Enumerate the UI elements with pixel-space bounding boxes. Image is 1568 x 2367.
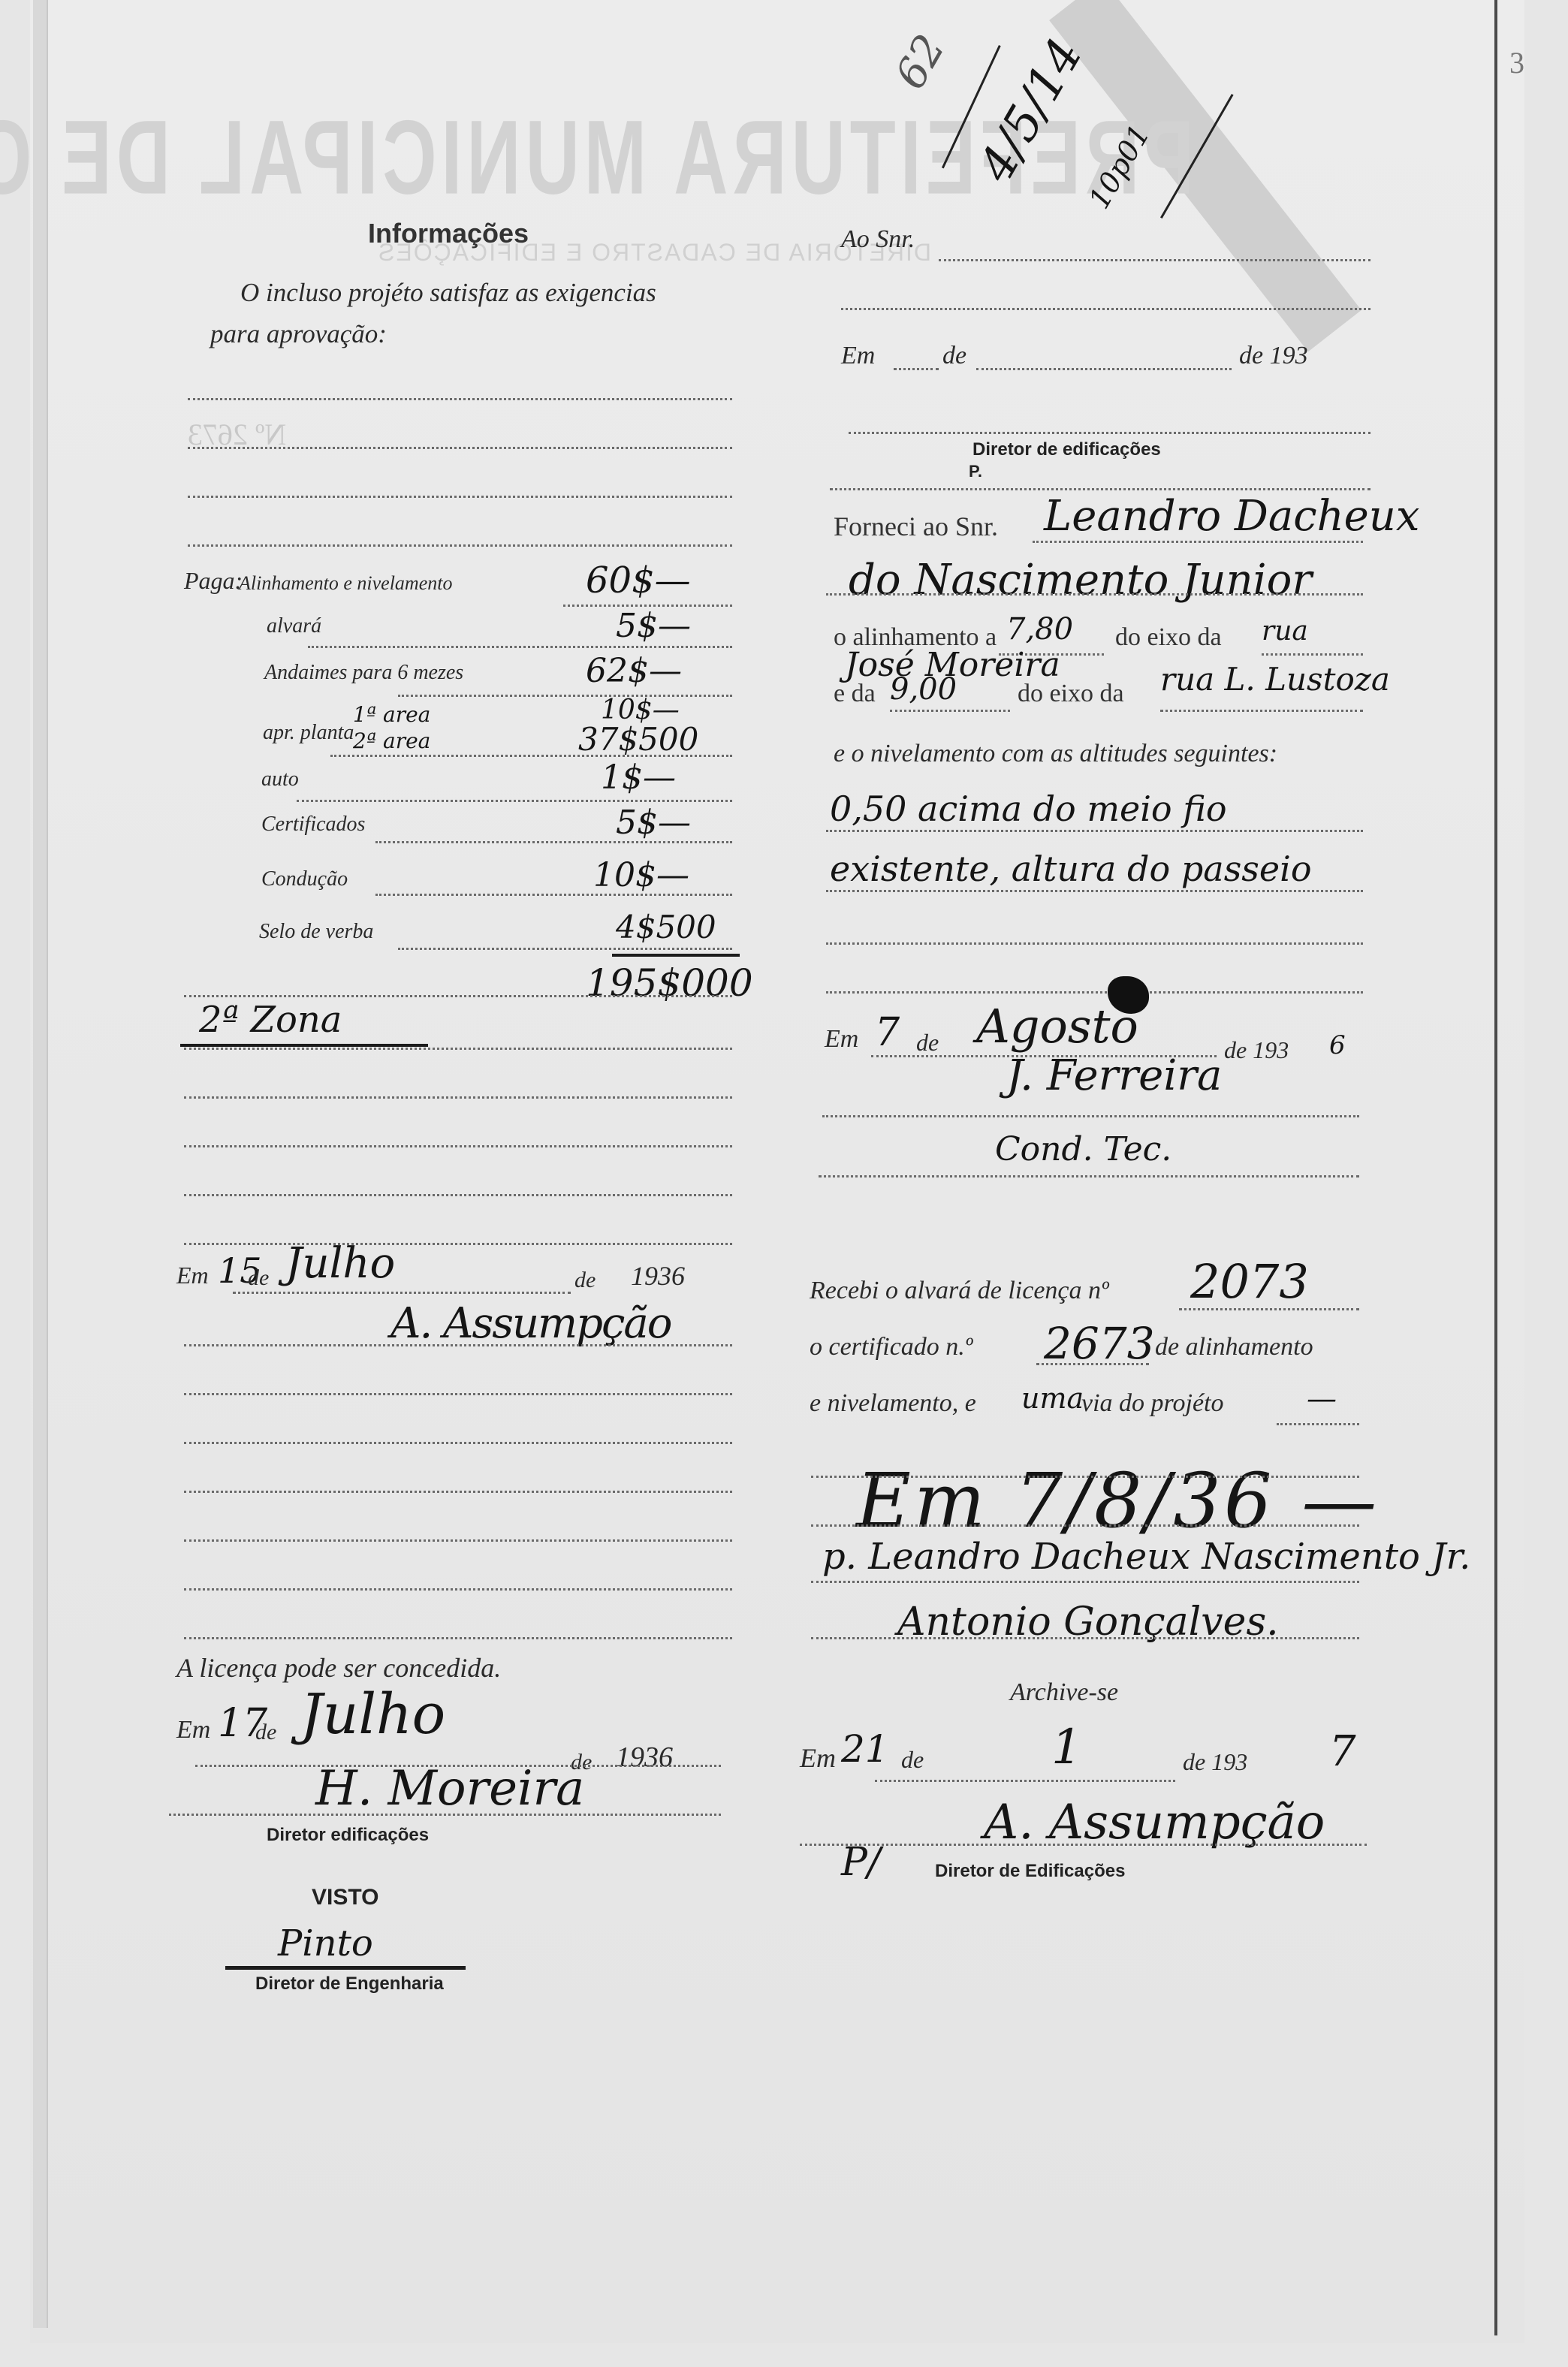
forneci-label: Forneci ao Snr.: [834, 511, 998, 542]
forneci-name-line1: Leandro Dacheux: [1044, 492, 1419, 541]
forneci-date-month: Agosto: [976, 999, 1138, 1054]
blank-line: [184, 1393, 732, 1395]
date-month: Julho: [285, 1239, 395, 1288]
archive-date-year-suffix: 7: [1329, 1727, 1356, 1776]
page-left-edge: [33, 0, 48, 2328]
recebi-line2-suffix: de alinhamento: [1155, 1333, 1313, 1361]
blank-line: [826, 942, 1363, 945]
payment-value-apr-lower: 37$500: [578, 721, 698, 758]
signature-moreira: H. Moreira: [315, 1761, 584, 1817]
do-eixo-da-2: do eixo da: [1018, 680, 1124, 708]
recebi-line3-dash: —: [1307, 1382, 1337, 1416]
date-de-year: de: [574, 1268, 596, 1293]
blank-line: [188, 447, 732, 449]
second-distance-line: [890, 710, 1010, 712]
projeto-line: [1277, 1423, 1359, 1425]
ao-snr-line: [939, 259, 1370, 261]
street1-line: [1262, 653, 1363, 656]
license-date-month: Julho: [300, 1682, 445, 1747]
page-right-border: [1494, 0, 1497, 2335]
do-eixo-da-1: do eixo da: [1115, 623, 1222, 652]
payment-line: [308, 646, 732, 648]
blank-line: [184, 1442, 732, 1444]
payment-value-certificados: 5$—: [616, 804, 691, 842]
ao-snr-mark: P.: [969, 462, 982, 481]
sum-rule: [612, 954, 740, 957]
ao-snr-label: Ao Snr.: [841, 225, 915, 254]
archive-signature-line: [800, 1844, 1367, 1846]
e-da: e da: [834, 680, 876, 708]
forneci-date-prefix: Em: [825, 1025, 858, 1054]
signature-line: [822, 1115, 1359, 1117]
blank-line: [188, 398, 732, 400]
payment-label-conducao: Condução: [261, 867, 348, 891]
zone-label: 2ª Zona: [199, 999, 342, 1041]
payment-label-apr-planta: apr. planta: [263, 721, 354, 745]
payment-value-selo: 4$500: [616, 909, 716, 945]
payment-line: [398, 948, 732, 950]
street2-line: [1160, 710, 1363, 712]
date-year: 1936: [631, 1260, 685, 1292]
ao-snr-de-year: de 193: [1239, 342, 1308, 370]
blank-line: [811, 1476, 1359, 1478]
payment-line: [375, 841, 732, 843]
forneci-date-day: 7: [875, 1010, 900, 1055]
payment-label-certificados: Certificados: [261, 813, 365, 837]
forneci-date-de-year: de 193: [1224, 1036, 1289, 1064]
archive-date-day: 21: [841, 1727, 889, 1771]
payments-label: Paga:: [184, 567, 243, 595]
payment-note-apr-upper: 1ª area: [353, 702, 430, 727]
alvara-number: 2073: [1190, 1254, 1309, 1309]
alvara-line: [1179, 1308, 1359, 1310]
payment-note-apr-lower: 2ª area: [353, 728, 430, 753]
date-de: de: [248, 1265, 269, 1291]
alinhamento-value: 7,80: [1006, 612, 1073, 647]
recebi-line3-suffix: via do projéto: [1081, 1389, 1224, 1418]
altitude-line2: existente, altura do passeio: [830, 849, 1312, 889]
blank-line: [184, 1048, 732, 1050]
archive-date-de-year: de 193: [1183, 1748, 1247, 1776]
blank-line: [188, 496, 732, 498]
blank-line: [188, 544, 732, 547]
license-date-prefix: Em: [176, 1716, 210, 1744]
forneci-name-line: [1033, 541, 1363, 543]
payment-line: [330, 755, 732, 757]
second-distance: 9,00: [890, 672, 957, 707]
zone-underline: [180, 1044, 428, 1047]
recebi-date-handwritten: Em 7/8/36 —: [856, 1457, 1380, 1545]
recebi-signer1: p. Leandro Dacheux Nascimento Jr.: [822, 1536, 1470, 1578]
street2-name: rua L. Lustoza: [1160, 661, 1390, 698]
blank-line: [184, 1491, 732, 1493]
recebi-line3-prefix: e nivelamento, e: [810, 1389, 976, 1418]
archive-date-prefix: Em: [800, 1742, 836, 1774]
signature-pinto: Pinto: [278, 1922, 373, 1964]
blank-line: [184, 1539, 732, 1542]
blank-line: [184, 995, 732, 997]
payment-value-andaimes: 62$—: [586, 652, 682, 690]
payment-label-andaimes: Andaimes para 6 mezes: [264, 661, 463, 685]
blank-line: [811, 1524, 1359, 1527]
archive-date-line: [875, 1780, 1175, 1782]
payment-value-auto: 1$—: [601, 758, 676, 797]
altitude-line: [826, 830, 1363, 832]
license-role: Diretor edificações: [267, 1825, 429, 1846]
informacoes-text-line1: O incluso projéto satisfaz as exigencias: [240, 278, 656, 308]
ao-snr-signature-line: [849, 432, 1370, 434]
payment-line: [297, 800, 732, 802]
blank-line: [830, 488, 1370, 490]
recebi-line3-hand: uma: [1021, 1382, 1084, 1415]
payment-value-alinhamento: 60$—: [586, 559, 691, 602]
archive-title: Archive-se: [1010, 1678, 1118, 1707]
visto-role: Diretor de Engenharia: [255, 1974, 444, 1995]
license-date-year: 1936: [616, 1741, 673, 1774]
blank-line: [184, 1194, 732, 1196]
certificado-line: [1036, 1363, 1149, 1365]
license-date-de: de: [255, 1720, 276, 1745]
altitude-line1: 0,50 acima do meio fio: [830, 788, 1227, 829]
forneci-name-line: [826, 593, 1363, 596]
page-corner-mark: 3: [1509, 45, 1524, 80]
payment-value-conducao: 10$—: [593, 856, 689, 894]
blank-line: [811, 1581, 1359, 1583]
recebi-line2: o certificado n.º: [810, 1333, 972, 1361]
forneci-date-year-suffix: 6: [1329, 1030, 1346, 1060]
ao-snr-day-line: [894, 368, 939, 370]
payment-value-alvara: 5$—: [616, 607, 691, 645]
signature-role: Cond. Tec.: [995, 1130, 1171, 1168]
payment-total: 195$000: [586, 961, 753, 1005]
archive-signature: A. Assumpção: [984, 1795, 1325, 1850]
signature-ferreira: J. Ferreira: [1006, 1051, 1222, 1100]
payment-label-selo: Selo de verba: [259, 920, 373, 944]
forneci-date-de: de: [916, 1029, 939, 1057]
signature-assumpcao: A. Assumpção: [390, 1299, 671, 1348]
visto-signature-rule: [225, 1966, 466, 1970]
ao-snr-month-line: [976, 368, 1232, 370]
blank-line: [826, 991, 1363, 994]
recebi-line1: Recebi o alvará de licença nº: [810, 1277, 1109, 1305]
archive-date-month: 1: [1051, 1720, 1082, 1775]
blank-line: [184, 1344, 732, 1346]
ao-snr-de: de: [942, 342, 966, 370]
blank-line: [184, 1145, 732, 1147]
license-text: A licença pode ser concedida.: [176, 1652, 501, 1684]
visto-title: VISTO: [312, 1885, 378, 1910]
archive-role: Diretor de Edificações: [935, 1861, 1125, 1882]
ao-snr-role: Diretor de edificações: [972, 439, 1161, 460]
blank-line: [184, 1096, 732, 1099]
ao-snr-line: [841, 308, 1370, 310]
blank-line: [184, 1588, 732, 1591]
bleed-through-subheader: DIRETORIA DE CADASTRO E EDIFICAÇÕES: [255, 239, 931, 267]
informacoes-title: Informações: [368, 218, 529, 249]
nivelamento-text: e o nivelamento com as altitudes seguint…: [834, 740, 1277, 768]
blank-line: [184, 1243, 732, 1245]
blank-line: [819, 1175, 1359, 1177]
date-line: [233, 1292, 571, 1294]
payment-line: [375, 894, 732, 896]
date-prefix: Em: [176, 1262, 209, 1289]
informacoes-text-line2: para aprovação:: [210, 319, 387, 349]
blank-line: [811, 1637, 1359, 1639]
certificado-number: 2673: [1044, 1318, 1155, 1369]
street1-prefix: rua: [1262, 616, 1308, 647]
ao-snr-date-prefix: Em: [841, 342, 875, 370]
payment-line: [398, 695, 732, 697]
forneci-name-line2: do Nascimento Junior: [849, 556, 1312, 605]
archive-initials: P/: [841, 1840, 881, 1885]
archive-date-de: de: [901, 1746, 924, 1774]
payment-label-alvara: alvará: [267, 614, 321, 638]
altitude-line: [826, 890, 1363, 892]
payment-label-auto: auto: [261, 767, 299, 792]
blank-line: [184, 1637, 732, 1639]
signature-line: [169, 1814, 721, 1816]
payment-label-alinhamento: Alinhamento e nivelamento: [239, 572, 452, 595]
